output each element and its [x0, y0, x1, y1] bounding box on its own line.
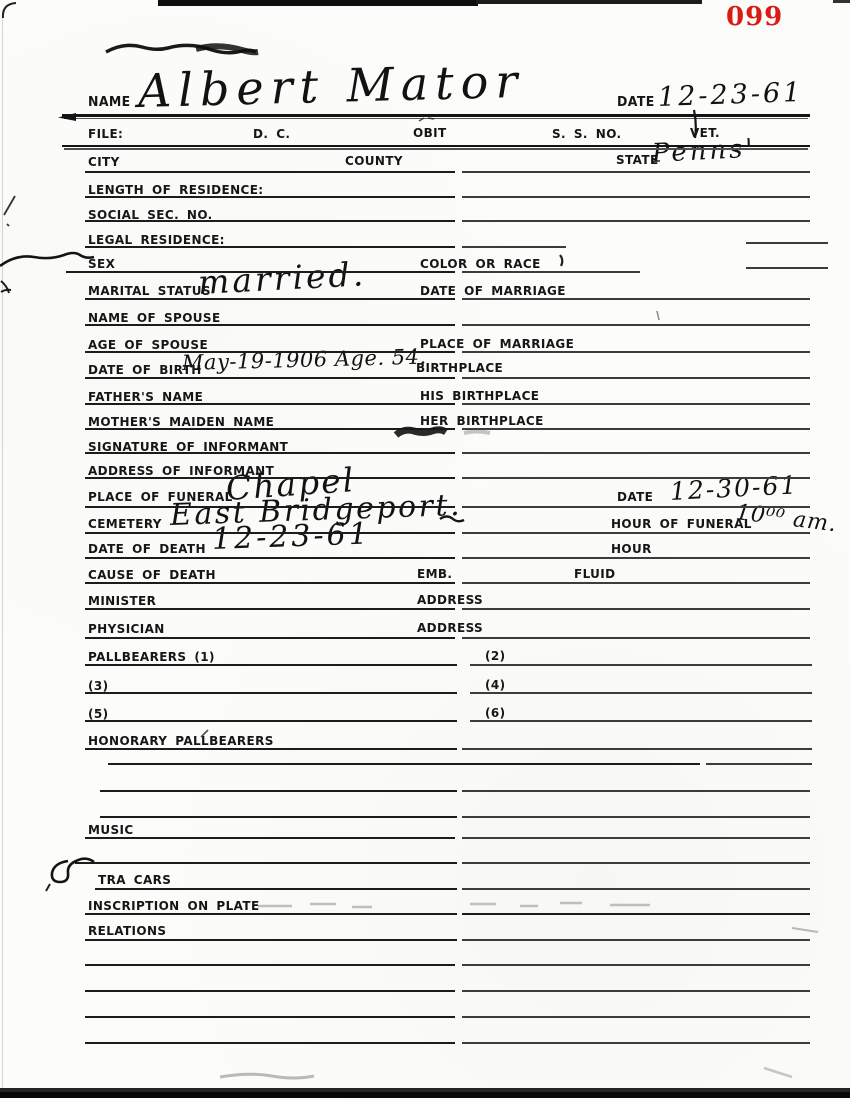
name-of-spouse-label: NAME OF SPOUSE [88, 310, 221, 325]
rule [85, 196, 455, 198]
rule [462, 939, 810, 941]
scan-top-edge-bar [833, 0, 850, 3]
rule [470, 692, 812, 694]
rule [85, 582, 455, 584]
emb-label: EMB. [417, 566, 452, 581]
length-of-residence-label: LENGTH OF RESIDENCE: [88, 182, 263, 197]
rule [462, 1016, 810, 1018]
rule [85, 557, 455, 559]
pallbearers-4-label: (4) [485, 677, 505, 692]
rule [462, 506, 810, 508]
rule [85, 351, 455, 353]
rule [462, 913, 810, 915]
scanned-funeral-record-page: 099 NAME DATE FILE: D. C. OBIT S. S. NO.… [0, 0, 850, 1100]
rule [108, 763, 700, 765]
color-or-race-label: COLOR OR RACE [420, 256, 541, 271]
rule [462, 748, 812, 750]
rule [85, 692, 457, 694]
rule [85, 428, 455, 430]
physician-address-label: ADDRESS [417, 620, 483, 635]
rule [462, 477, 810, 479]
rule [462, 790, 810, 792]
rule [85, 532, 455, 534]
rule [462, 816, 810, 818]
minister-label: MINISTER [88, 593, 156, 608]
date-of-marriage-label: DATE OF MARRIAGE [420, 283, 566, 298]
pallbearers-5-label: (5) [88, 706, 108, 721]
rule [462, 452, 810, 454]
top-smudge-mark [106, 45, 256, 52]
rule [462, 298, 810, 300]
rule [462, 608, 810, 610]
hour-of-funeral-label: HOUR OF FUNERAL [611, 516, 752, 531]
rule [85, 477, 455, 479]
rule [470, 664, 812, 666]
page-number-stamp: 099 [726, 2, 783, 32]
rule [85, 990, 455, 992]
date-of-death-label: DATE OF DEATH [88, 541, 206, 556]
rule [85, 913, 457, 915]
age-of-spouse-label: AGE OF SPOUSE [88, 337, 208, 352]
rule [470, 720, 812, 722]
rule [85, 637, 455, 639]
state-value-handwriting: Penns' [651, 134, 756, 169]
date-of-birth-value-handwriting: May-19-1906 Age. 54. [182, 345, 427, 375]
marital-status-label: MARITAL STATUS [88, 283, 211, 298]
page-left-edge [2, 10, 3, 1090]
city-label: CITY [88, 154, 120, 169]
rule [462, 196, 810, 198]
scan-top-edge-bar [158, 0, 478, 6]
rule [462, 403, 810, 405]
rule [85, 837, 455, 839]
minister-address-label: ADDRESS [417, 592, 483, 607]
rule [462, 246, 566, 248]
funeral-date-label: DATE [617, 489, 653, 504]
fathers-name-label: FATHER'S NAME [88, 389, 203, 404]
honorary-pallbearers-label: HONORARY PALLBEARERS [88, 733, 274, 748]
extra-cars-label: TRA CARS [98, 872, 171, 887]
ss-no-label: S. S. NO. [552, 126, 621, 141]
rule [462, 271, 640, 273]
spouse-tick-mark [657, 311, 659, 320]
rule [462, 428, 810, 430]
rule [462, 377, 810, 379]
his-birthplace-label: HIS BIRTHPLACE [420, 388, 539, 403]
music-label: MUSIC [88, 822, 134, 837]
pallbearers-3-label: (3) [88, 678, 108, 693]
rule [85, 452, 455, 454]
rule [64, 148, 808, 150]
rule [746, 267, 828, 269]
date-of-death-value-handwriting: 12-23-61 [211, 516, 371, 557]
marital-status-value-handwriting: married. [197, 254, 367, 302]
rule [100, 790, 457, 792]
rule [75, 862, 457, 864]
signature-smudge-mark [396, 430, 446, 435]
rule [706, 763, 812, 765]
race-comma-mark [560, 255, 562, 266]
rule [462, 171, 810, 173]
rule [462, 837, 810, 839]
rule [64, 118, 808, 119]
date-label: DATE [617, 95, 655, 110]
county-label: COUNTY [345, 153, 403, 168]
rule [462, 220, 810, 222]
file-label: FILE: [88, 126, 123, 141]
scan-bottom-edge-bar [0, 1092, 850, 1098]
left-slash-mark [4, 196, 15, 226]
scan-top-edge-bar [476, 0, 702, 4]
fluid-label: FLUID [574, 566, 616, 581]
her-birthplace-label: HER BIRTHPLACE [420, 413, 544, 428]
rule [100, 816, 457, 818]
rule [85, 246, 455, 248]
bottom-smudge-mark [764, 1068, 792, 1077]
rule [66, 271, 455, 273]
name-value-handwriting: Albert Mator [137, 54, 525, 118]
rule [85, 506, 455, 508]
pallbearers-2-label: (2) [485, 648, 505, 663]
physician-label: PHYSICIAN [88, 621, 165, 636]
legal-residence-label: LEGAL RESIDENCE: [88, 232, 225, 247]
rule [462, 888, 810, 890]
place-of-marriage-label: PLACE OF MARRIAGE [420, 336, 574, 351]
inscription-smudge-mark [258, 903, 650, 907]
rule [462, 964, 810, 966]
rule [62, 114, 810, 117]
rule [85, 171, 455, 173]
rule [95, 888, 457, 890]
sex-scribble-mark [0, 253, 94, 266]
signature-smudge-mark [464, 432, 490, 434]
rule [462, 532, 810, 534]
rule [462, 637, 810, 639]
rule [85, 377, 455, 379]
rule [462, 557, 810, 559]
cemetery-label: CEMETERY [88, 516, 162, 531]
inscription-on-plate-label: INSCRIPTION ON PLATE [88, 898, 260, 913]
rule [462, 862, 810, 864]
corner-arc-mark [3, 3, 16, 18]
rule [462, 582, 810, 584]
rule [85, 964, 455, 966]
date-value-handwriting: 12-23-61 [657, 77, 803, 113]
hour-label: HOUR [611, 541, 652, 556]
rule [85, 608, 455, 610]
sex-label: SEX [88, 256, 115, 271]
pallbearers-1-label: PALLBEARERS (1) [88, 649, 215, 664]
name-label: NAME [88, 95, 131, 110]
rule [85, 720, 457, 722]
rule [462, 990, 810, 992]
dc-label: D. C. [253, 126, 290, 141]
relations-label: RELATIONS [88, 923, 166, 938]
extra-cars-squiggle-mark [46, 884, 50, 891]
relations-right-mark [792, 928, 818, 932]
rule [85, 298, 455, 300]
rule [85, 939, 457, 941]
rule [462, 351, 810, 353]
obit-label: OBIT [413, 125, 447, 140]
funeral-date-value-handwriting: 12-30-61 [669, 470, 799, 506]
rule [85, 220, 455, 222]
top-smudge-mark [196, 46, 258, 52]
rule [462, 324, 810, 326]
bottom-smudge-mark [220, 1074, 314, 1078]
rule [746, 242, 828, 244]
rule [462, 1042, 810, 1044]
birthplace-label: BIRTHPLACE [416, 360, 503, 375]
rule [85, 324, 455, 326]
pallbearers-6-label: (6) [485, 705, 505, 720]
rule [85, 403, 455, 405]
rule [85, 748, 457, 750]
rule [85, 1042, 455, 1044]
mothers-maiden-name-label: MOTHER'S MAIDEN NAME [88, 414, 274, 429]
rule [85, 664, 457, 666]
rule [85, 1016, 455, 1018]
rule [62, 145, 810, 147]
cause-of-death-label: CAUSE OF DEATH [88, 567, 216, 582]
